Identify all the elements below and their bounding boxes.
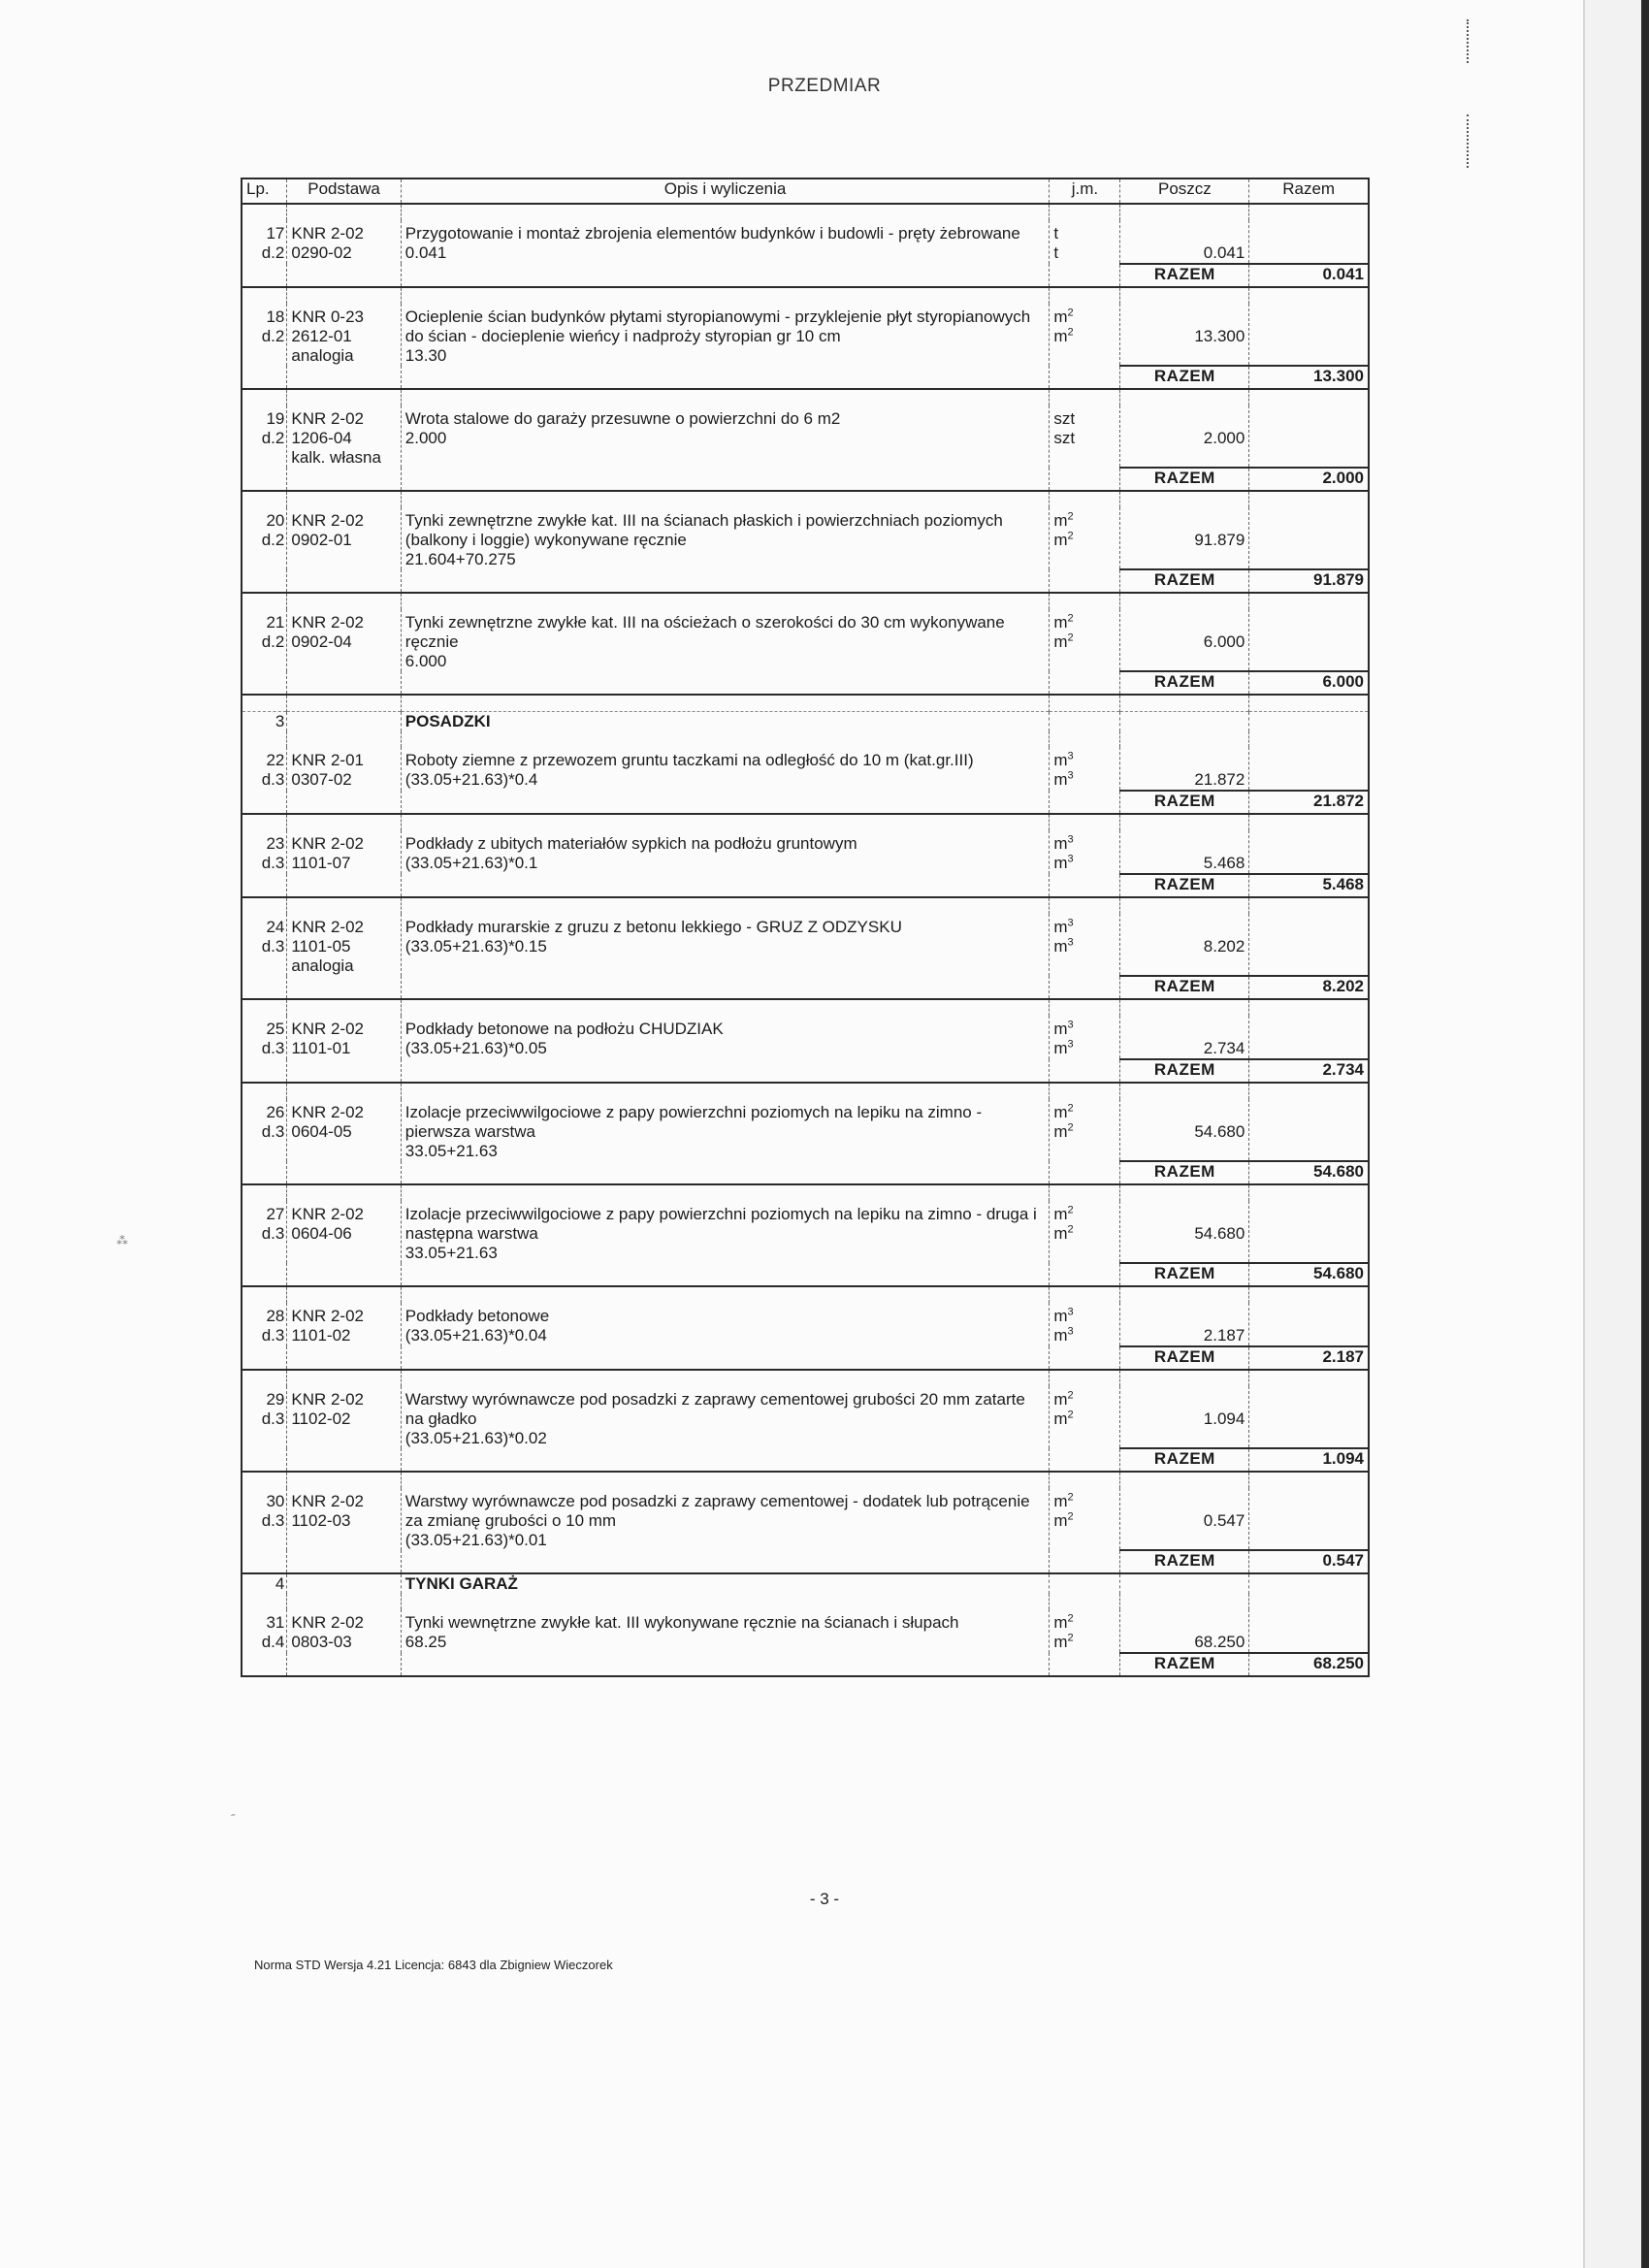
poszcz-value: 2.187 bbox=[1124, 1326, 1245, 1345]
podstawa-cell: KNR 2-020290-02 bbox=[287, 220, 401, 264]
position-number: 17 d.2 bbox=[242, 220, 287, 264]
podstawa-line: KNR 2-01 bbox=[291, 751, 396, 770]
wyliczenie-text: (33.05+21.63)*0.15 bbox=[405, 937, 1046, 956]
razem-row: RAZEM 0.547 bbox=[242, 1550, 1369, 1573]
table-row: 30 d.3 KNR 2-021102-03 Warstwy wyrównawc… bbox=[242, 1488, 1369, 1550]
razem-value: 0.547 bbox=[1249, 1550, 1369, 1573]
jm-cell: m2 m2 bbox=[1050, 304, 1120, 366]
poszcz-cell: 54.680 bbox=[1120, 1201, 1249, 1263]
opis-cell: Wrota stalowe do garaży przesuwne o powi… bbox=[401, 405, 1050, 468]
dzial-value: d.2 bbox=[246, 531, 284, 550]
podstawa-cell: KNR 2-021102-02 bbox=[287, 1386, 401, 1448]
lp-value: 21 bbox=[246, 613, 284, 632]
razem-value: 21.872 bbox=[1249, 791, 1369, 814]
spacer-row bbox=[242, 1083, 1369, 1099]
poszcz-value: 91.879 bbox=[1124, 531, 1245, 550]
podstawa-cell: KNR 2-021101-01 bbox=[287, 1016, 401, 1059]
razem-row: RAZEM 0.041 bbox=[242, 264, 1369, 287]
poszcz-cell: 68.250 bbox=[1120, 1609, 1249, 1653]
unit-top: m2 bbox=[1053, 308, 1115, 327]
jm-cell: t t bbox=[1050, 220, 1120, 264]
opis-cell: Tynki zewnętrzne zwykłe kat. III na ości… bbox=[401, 609, 1050, 671]
opis-text: Izolacje przeciwwilgociowe z papy powier… bbox=[405, 1103, 1046, 1142]
podstawa-line: 1101-02 bbox=[291, 1326, 396, 1345]
podstawa-line: KNR 2-02 bbox=[291, 224, 396, 243]
podstawa-line: analogia bbox=[291, 956, 396, 976]
position-number: 23 d.3 bbox=[242, 830, 287, 874]
wyliczenie-text: (33.05+21.63)*0.1 bbox=[405, 854, 1046, 873]
unit-top: m3 bbox=[1053, 834, 1115, 854]
podstawa-line: 0604-06 bbox=[291, 1224, 396, 1244]
unit-top: m2 bbox=[1053, 1390, 1115, 1409]
header-razem: Razem bbox=[1249, 178, 1369, 204]
podstawa-cell: KNR 2-020902-01 bbox=[287, 507, 401, 569]
table-row: 22 d.3 KNR 2-010307-02 Roboty ziemne z p… bbox=[242, 747, 1369, 791]
opis-cell: Podkłady betonowe (33.05+21.63)*0.04 bbox=[401, 1303, 1050, 1346]
opis-text: Roboty ziemne z przewozem gruntu taczkam… bbox=[405, 751, 1046, 770]
podstawa-line: KNR 2-02 bbox=[291, 1390, 396, 1409]
opis-text: Podkłady z ubitych materiałów sypkich na… bbox=[405, 834, 1046, 854]
scan-speck: ⁂ bbox=[116, 1234, 128, 1247]
dzial-value: d.2 bbox=[246, 327, 284, 346]
position-number: 26 d.3 bbox=[242, 1099, 287, 1161]
header-opis: Opis i wyliczenia bbox=[401, 178, 1050, 204]
position-number: 27 d.3 bbox=[242, 1201, 287, 1263]
podstawa-line: KNR 2-02 bbox=[291, 834, 396, 854]
wyliczenie-text: 21.604+70.275 bbox=[405, 550, 1046, 569]
table-row: 17 d.2 KNR 2-020290-02 Przygotowanie i m… bbox=[242, 220, 1369, 264]
dzial-value: d.3 bbox=[246, 1511, 284, 1531]
razem-value: 8.202 bbox=[1249, 976, 1369, 999]
razem-label: RAZEM bbox=[1120, 468, 1249, 491]
unit-bottom: m2 bbox=[1053, 1409, 1115, 1429]
unit-bottom: szt bbox=[1053, 429, 1115, 448]
unit-top: m3 bbox=[1053, 751, 1115, 770]
table-row: 29 d.3 KNR 2-021102-02 Warstwy wyrównawc… bbox=[242, 1386, 1369, 1448]
unit-top: t bbox=[1053, 224, 1115, 243]
razem-label: RAZEM bbox=[1120, 264, 1249, 287]
razem-value: 1.094 bbox=[1249, 1448, 1369, 1472]
podstawa-line: KNR 2-02 bbox=[291, 511, 396, 531]
dzial-value: d.2 bbox=[246, 429, 284, 448]
podstawa-line: 1101-01 bbox=[291, 1039, 396, 1058]
poszcz-cell: 54.680 bbox=[1120, 1099, 1249, 1161]
table-body: 17 d.2 KNR 2-020290-02 Przygotowanie i m… bbox=[242, 204, 1369, 1676]
opis-cell: Ocieplenie ścian budynków płytami styrop… bbox=[401, 304, 1050, 366]
spacer-row bbox=[242, 1594, 1369, 1609]
podstawa-line: 1102-02 bbox=[291, 1409, 396, 1429]
poszcz-value: 5.468 bbox=[1124, 854, 1245, 873]
dzial-value: d.4 bbox=[246, 1633, 284, 1652]
podstawa-line: 0902-01 bbox=[291, 531, 396, 550]
opis-cell: Podkłady z ubitych materiałów sypkich na… bbox=[401, 830, 1050, 874]
table-row: 24 d.3 KNR 2-021101-05analogia Podkłady … bbox=[242, 914, 1369, 976]
poszcz-cell: 2.000 bbox=[1120, 405, 1249, 468]
opis-cell: Warstwy wyrównawcze pod posadzki z zapra… bbox=[401, 1488, 1050, 1550]
unit-top: m2 bbox=[1053, 1205, 1115, 1224]
dzial-value: d.3 bbox=[246, 937, 284, 956]
razem-label: RAZEM bbox=[1120, 1263, 1249, 1286]
position-number: 21 d.2 bbox=[242, 609, 287, 671]
opis-cell: Izolacje przeciwwilgociowe z papy powier… bbox=[401, 1201, 1050, 1263]
razem-row: RAZEM 2.734 bbox=[242, 1059, 1369, 1083]
podstawa-line: 0902-04 bbox=[291, 632, 396, 652]
podstawa-cell: KNR 2-020902-04 bbox=[287, 609, 401, 671]
jm-cell: m2 m2 bbox=[1050, 1201, 1120, 1263]
spacer-row bbox=[242, 593, 1369, 609]
header-podstawa: Podstawa bbox=[287, 178, 401, 204]
position-number: 19 d.2 bbox=[242, 405, 287, 468]
podstawa-line: 0290-02 bbox=[291, 243, 396, 263]
wyliczenie-text: 13.30 bbox=[405, 346, 1046, 366]
poszcz-cell: 2.187 bbox=[1120, 1303, 1249, 1346]
razem-row: RAZEM 91.879 bbox=[242, 569, 1369, 593]
razem-value: 5.468 bbox=[1249, 874, 1369, 897]
spacer-row bbox=[242, 1184, 1369, 1201]
unit-top: m2 bbox=[1053, 1613, 1115, 1633]
unit-top: m2 bbox=[1053, 511, 1115, 531]
razem-row: RAZEM 21.872 bbox=[242, 791, 1369, 814]
podstawa-cell: KNR 2-021102-03 bbox=[287, 1488, 401, 1550]
header-lp: Lp. bbox=[242, 178, 287, 204]
razem-value: 6.000 bbox=[1249, 671, 1369, 695]
poszcz-cell: 2.734 bbox=[1120, 1016, 1249, 1059]
podstawa-line: KNR 2-02 bbox=[291, 409, 396, 429]
lp-value: 31 bbox=[246, 1613, 284, 1633]
opis-text: Warstwy wyrównawcze pod posadzki z zapra… bbox=[405, 1492, 1046, 1531]
opis-cell: Tynki zewnętrzne zwykłe kat. III na ścia… bbox=[401, 507, 1050, 569]
jm-cell: m3 m3 bbox=[1050, 914, 1120, 976]
spacer-row bbox=[242, 1370, 1369, 1386]
table-row: 28 d.3 KNR 2-021101-02 Podkłady betonowe… bbox=[242, 1303, 1369, 1346]
poszcz-value: 1.094 bbox=[1124, 1409, 1245, 1429]
header-jm: j.m. bbox=[1050, 178, 1120, 204]
razem-row: RAZEM 54.680 bbox=[242, 1161, 1369, 1184]
lp-value: 25 bbox=[246, 1020, 284, 1039]
razem-row: RAZEM 6.000 bbox=[242, 671, 1369, 695]
wyliczenie-text: 2.000 bbox=[405, 429, 1046, 448]
razem-row: RAZEM 13.300 bbox=[242, 366, 1369, 389]
opis-cell: Podkłady betonowe na podłożu CHUDZIAK (3… bbox=[401, 1016, 1050, 1059]
unit-top: m2 bbox=[1053, 613, 1115, 632]
jm-cell: szt szt bbox=[1050, 405, 1120, 468]
scan-mark bbox=[1467, 114, 1469, 168]
lp-value: 20 bbox=[246, 511, 284, 531]
unit-bottom: m2 bbox=[1053, 1122, 1115, 1142]
podstawa-line: KNR 2-02 bbox=[291, 918, 396, 937]
section-row: 4 TYNKI GARAŻ bbox=[242, 1573, 1369, 1594]
razem-label: RAZEM bbox=[1120, 366, 1249, 389]
razem-value: 68.250 bbox=[1249, 1653, 1369, 1676]
header-poszcz: Poszcz bbox=[1120, 178, 1249, 204]
section-number: 4 bbox=[242, 1573, 287, 1594]
razem-value: 13.300 bbox=[1249, 366, 1369, 389]
lp-value: 30 bbox=[246, 1492, 284, 1511]
poszcz-value: 54.680 bbox=[1124, 1224, 1245, 1244]
razem-value: 2.000 bbox=[1249, 468, 1369, 491]
dzial-value: d.3 bbox=[246, 1409, 284, 1429]
poszcz-value: 0.041 bbox=[1124, 243, 1245, 263]
lp-value: 17 bbox=[246, 224, 284, 243]
wyliczenie-text: 6.000 bbox=[405, 652, 1046, 671]
wyliczenie-text: (33.05+21.63)*0.04 bbox=[405, 1326, 1046, 1345]
lp-value: 19 bbox=[246, 409, 284, 429]
poszcz-cell: 21.872 bbox=[1120, 747, 1249, 791]
podstawa-line: KNR 2-02 bbox=[291, 1020, 396, 1039]
dzial-value: d.3 bbox=[246, 1224, 284, 1244]
podstawa-line: 1102-03 bbox=[291, 1511, 396, 1531]
wyliczenie-text: (33.05+21.63)*0.05 bbox=[405, 1039, 1046, 1058]
dzial-value: d.2 bbox=[246, 632, 284, 652]
spacer-row bbox=[242, 1286, 1369, 1303]
opis-text: Podkłady betonowe na podłożu CHUDZIAK bbox=[405, 1020, 1046, 1039]
opis-text: Tynki wewnętrzne zwykłe kat. III wykonyw… bbox=[405, 1613, 1046, 1633]
unit-top: m2 bbox=[1053, 1103, 1115, 1122]
poszcz-value: 21.872 bbox=[1124, 770, 1245, 790]
scan-edge bbox=[1583, 0, 1649, 2268]
opis-text: Podkłady betonowe bbox=[405, 1307, 1046, 1326]
unit-top: m3 bbox=[1053, 1307, 1115, 1326]
jm-cell: m2 m2 bbox=[1050, 1099, 1120, 1161]
poszcz-value: 6.000 bbox=[1124, 632, 1245, 652]
opis-cell: Tynki wewnętrzne zwykłe kat. III wykonyw… bbox=[401, 1609, 1050, 1653]
unit-bottom: m2 bbox=[1053, 1511, 1115, 1531]
poszcz-cell: 5.468 bbox=[1120, 830, 1249, 874]
jm-cell: m3 m3 bbox=[1050, 1303, 1120, 1346]
podstawa-line: KNR 0-23 bbox=[291, 308, 396, 327]
razem-value: 54.680 bbox=[1249, 1161, 1369, 1184]
podstawa-cell: KNR 0-232612-01analogia bbox=[287, 304, 401, 366]
wyliczenie-text: 0.041 bbox=[405, 243, 1046, 263]
spacer-row bbox=[242, 695, 1369, 712]
jm-cell: m3 m3 bbox=[1050, 830, 1120, 874]
razem-label: RAZEM bbox=[1120, 1161, 1249, 1184]
podstawa-line: 1101-07 bbox=[291, 854, 396, 873]
page-number: - 3 - bbox=[0, 1890, 1649, 1909]
page-title: PRZEDMIAR bbox=[0, 76, 1649, 97]
podstawa-cell: KNR 2-010307-02 bbox=[287, 747, 401, 791]
podstawa-cell: KNR 2-021206-04kalk. własna bbox=[287, 405, 401, 468]
podstawa-line: KNR 2-02 bbox=[291, 1613, 396, 1633]
podstawa-line: KNR 2-02 bbox=[291, 1205, 396, 1224]
wyliczenie-text: (33.05+21.63)*0.4 bbox=[405, 770, 1046, 790]
poszcz-value: 68.250 bbox=[1124, 1633, 1245, 1652]
opis-text: Podkłady murarskie z gruzu z betonu lekk… bbox=[405, 918, 1046, 937]
unit-bottom: m2 bbox=[1053, 327, 1115, 346]
podstawa-line: analogia bbox=[291, 346, 396, 366]
razem-row: RAZEM 8.202 bbox=[242, 976, 1369, 999]
razem-label: RAZEM bbox=[1120, 569, 1249, 593]
podstawa-line: 0307-02 bbox=[291, 770, 396, 790]
poszcz-cell: 8.202 bbox=[1120, 914, 1249, 976]
opis-text: Warstwy wyrównawcze pod posadzki z zapra… bbox=[405, 1390, 1046, 1429]
podstawa-cell: KNR 2-020604-05 bbox=[287, 1099, 401, 1161]
podstawa-line: KNR 2-02 bbox=[291, 1307, 396, 1326]
podstawa-cell: KNR 2-020803-03 bbox=[287, 1609, 401, 1653]
razem-value: 2.187 bbox=[1249, 1346, 1369, 1370]
razem-row: RAZEM 5.468 bbox=[242, 874, 1369, 897]
dzial-value: d.3 bbox=[246, 770, 284, 790]
section-number: 3 bbox=[242, 712, 287, 732]
position-number: 24 d.3 bbox=[242, 914, 287, 976]
przedmiar-table: Lp. Podstawa Opis i wyliczenia j.m. Posz… bbox=[241, 178, 1370, 1677]
razem-value: 91.879 bbox=[1249, 569, 1369, 593]
spacer-row bbox=[242, 204, 1369, 220]
scan-speck: ˝ bbox=[231, 1812, 235, 1826]
unit-bottom: m3 bbox=[1053, 854, 1115, 873]
table-row: 31 d.4 KNR 2-020803-03 Tynki wewnętrzne … bbox=[242, 1609, 1369, 1653]
unit-top: m3 bbox=[1053, 1020, 1115, 1039]
jm-cell: m2 m2 bbox=[1050, 1609, 1120, 1653]
razem-label: RAZEM bbox=[1120, 1448, 1249, 1472]
opis-cell: Roboty ziemne z przewozem gruntu taczkam… bbox=[401, 747, 1050, 791]
jm-cell: m2 m2 bbox=[1050, 1386, 1120, 1448]
podstawa-cell: KNR 2-021101-07 bbox=[287, 830, 401, 874]
poszcz-value: 54.680 bbox=[1124, 1122, 1245, 1142]
razem-row: RAZEM 54.680 bbox=[242, 1263, 1369, 1286]
lp-value: 23 bbox=[246, 834, 284, 854]
position-number: 18 d.2 bbox=[242, 304, 287, 366]
lp-value: 22 bbox=[246, 751, 284, 770]
unit-top: szt bbox=[1053, 409, 1115, 429]
position-number: 25 d.3 bbox=[242, 1016, 287, 1059]
podstawa-line: KNR 2-02 bbox=[291, 613, 396, 632]
podstawa-cell: KNR 2-021101-05analogia bbox=[287, 914, 401, 976]
unit-bottom: m3 bbox=[1053, 1039, 1115, 1058]
position-number: 28 d.3 bbox=[242, 1303, 287, 1346]
position-number: 30 d.3 bbox=[242, 1488, 287, 1550]
spacer-row bbox=[242, 999, 1369, 1016]
razem-label: RAZEM bbox=[1120, 1059, 1249, 1083]
unit-bottom: t bbox=[1053, 243, 1115, 263]
razem-row: RAZEM 68.250 bbox=[242, 1653, 1369, 1676]
unit-top: m3 bbox=[1053, 918, 1115, 937]
opis-cell: Przygotowanie i montaż zbrojenia element… bbox=[401, 220, 1050, 264]
razem-label: RAZEM bbox=[1120, 976, 1249, 999]
dzial-value: d.3 bbox=[246, 1122, 284, 1142]
table-row: 25 d.3 KNR 2-021101-01 Podkłady betonowe… bbox=[242, 1016, 1369, 1059]
spacer-row bbox=[242, 1472, 1369, 1488]
poszcz-cell: 91.879 bbox=[1120, 507, 1249, 569]
razem-row: RAZEM 2.000 bbox=[242, 468, 1369, 491]
razem-label: RAZEM bbox=[1120, 874, 1249, 897]
lp-value: 24 bbox=[246, 918, 284, 937]
poszcz-cell: 0.041 bbox=[1120, 220, 1249, 264]
poszcz-value: 8.202 bbox=[1124, 937, 1245, 956]
jm-cell: m2 m2 bbox=[1050, 507, 1120, 569]
opis-cell: Warstwy wyrównawcze pod posadzki z zapra… bbox=[401, 1386, 1050, 1448]
opis-text: Tynki zewnętrzne zwykłe kat. III na ścia… bbox=[405, 511, 1046, 550]
poszcz-value: 13.300 bbox=[1124, 327, 1245, 346]
lp-value: 28 bbox=[246, 1307, 284, 1326]
unit-bottom: m3 bbox=[1053, 770, 1115, 790]
podstawa-line: KNR 2-02 bbox=[291, 1103, 396, 1122]
position-number: 20 d.2 bbox=[242, 507, 287, 569]
opis-cell: Izolacje przeciwwilgociowe z papy powier… bbox=[401, 1099, 1050, 1161]
lp-value: 29 bbox=[246, 1390, 284, 1409]
podstawa-line: 2612-01 bbox=[291, 327, 396, 346]
razem-row: RAZEM 1.094 bbox=[242, 1448, 1369, 1472]
razem-value: 54.680 bbox=[1249, 1263, 1369, 1286]
opis-text: Tynki zewnętrzne zwykłe kat. III na ości… bbox=[405, 613, 1046, 652]
razem-label: RAZEM bbox=[1120, 671, 1249, 695]
unit-bottom: m2 bbox=[1053, 1633, 1115, 1652]
spacer-row bbox=[242, 389, 1369, 405]
podstawa-line: KNR 2-02 bbox=[291, 1492, 396, 1511]
poszcz-cell: 1.094 bbox=[1120, 1386, 1249, 1448]
razem-label: RAZEM bbox=[1120, 791, 1249, 814]
unit-bottom: m3 bbox=[1053, 1326, 1115, 1345]
jm-cell: m3 m3 bbox=[1050, 747, 1120, 791]
dzial-value: d.3 bbox=[246, 1326, 284, 1345]
table-row: 27 d.3 KNR 2-020604-06 Izolacje przeciww… bbox=[242, 1201, 1369, 1263]
dzial-value: d.3 bbox=[246, 1039, 284, 1058]
opis-text: Izolacje przeciwwilgociowe z papy powier… bbox=[405, 1205, 1046, 1244]
table-row: 19 d.2 KNR 2-021206-04kalk. własna Wrota… bbox=[242, 405, 1369, 468]
spacer-row bbox=[242, 731, 1369, 747]
spacer-row bbox=[242, 491, 1369, 507]
opis-cell: Podkłady murarskie z gruzu z betonu lekk… bbox=[401, 914, 1050, 976]
wyliczenie-text: (33.05+21.63)*0.01 bbox=[405, 1531, 1046, 1550]
razem-label: RAZEM bbox=[1120, 1550, 1249, 1573]
position-number: 31 d.4 bbox=[242, 1609, 287, 1653]
wyliczenie-text: 33.05+21.63 bbox=[405, 1244, 1046, 1263]
jm-cell: m2 m2 bbox=[1050, 1488, 1120, 1550]
section-title: TYNKI GARAŻ bbox=[401, 1573, 1050, 1594]
spacer-row bbox=[242, 897, 1369, 914]
table-header-row: Lp. Podstawa Opis i wyliczenia j.m. Posz… bbox=[242, 178, 1369, 204]
poszcz-value: 0.547 bbox=[1124, 1511, 1245, 1531]
lp-value: 26 bbox=[246, 1103, 284, 1122]
podstawa-line: 0803-03 bbox=[291, 1633, 396, 1652]
razem-label: RAZEM bbox=[1120, 1346, 1249, 1370]
lp-value: 18 bbox=[246, 308, 284, 327]
jm-cell: m2 m2 bbox=[1050, 609, 1120, 671]
jm-cell: m3 m3 bbox=[1050, 1016, 1120, 1059]
podstawa-cell: KNR 2-021101-02 bbox=[287, 1303, 401, 1346]
razem-row: RAZEM 2.187 bbox=[242, 1346, 1369, 1370]
wyliczenie-text: (33.05+21.63)*0.02 bbox=[405, 1429, 1046, 1448]
unit-bottom: m3 bbox=[1053, 937, 1115, 956]
section-title: POSADZKI bbox=[401, 712, 1050, 732]
scan-mark bbox=[1467, 19, 1469, 63]
position-number: 29 d.3 bbox=[242, 1386, 287, 1448]
opis-text: Ocieplenie ścian budynków płytami styrop… bbox=[405, 308, 1046, 346]
razem-label: RAZEM bbox=[1120, 1653, 1249, 1676]
footer-license: Norma STD Wersja 4.21 Licencja: 6843 dla… bbox=[254, 1958, 613, 1972]
section-row: 3 POSADZKI bbox=[242, 712, 1369, 732]
table-row: 20 d.2 KNR 2-020902-01 Tynki zewnętrzne … bbox=[242, 507, 1369, 569]
poszcz-cell: 6.000 bbox=[1120, 609, 1249, 671]
unit-top: m2 bbox=[1053, 1492, 1115, 1511]
unit-bottom: m2 bbox=[1053, 632, 1115, 652]
podstawa-line: 1101-05 bbox=[291, 937, 396, 956]
opis-text: Przygotowanie i montaż zbrojenia element… bbox=[405, 224, 1046, 243]
razem-value: 0.041 bbox=[1249, 264, 1369, 287]
podstawa-line: 0604-05 bbox=[291, 1122, 396, 1142]
poszcz-cell: 13.300 bbox=[1120, 304, 1249, 366]
poszcz-value: 2.000 bbox=[1124, 429, 1245, 448]
unit-bottom: m2 bbox=[1053, 1224, 1115, 1244]
dzial-value: d.2 bbox=[246, 243, 284, 263]
poszcz-cell: 0.547 bbox=[1120, 1488, 1249, 1550]
position-number: 22 d.3 bbox=[242, 747, 287, 791]
opis-text: Wrota stalowe do garaży przesuwne o powi… bbox=[405, 409, 1046, 429]
wyliczenie-text: 33.05+21.63 bbox=[405, 1142, 1046, 1161]
unit-bottom: m2 bbox=[1053, 531, 1115, 550]
podstawa-line: kalk. własna bbox=[291, 448, 396, 468]
dzial-value: d.3 bbox=[246, 854, 284, 873]
